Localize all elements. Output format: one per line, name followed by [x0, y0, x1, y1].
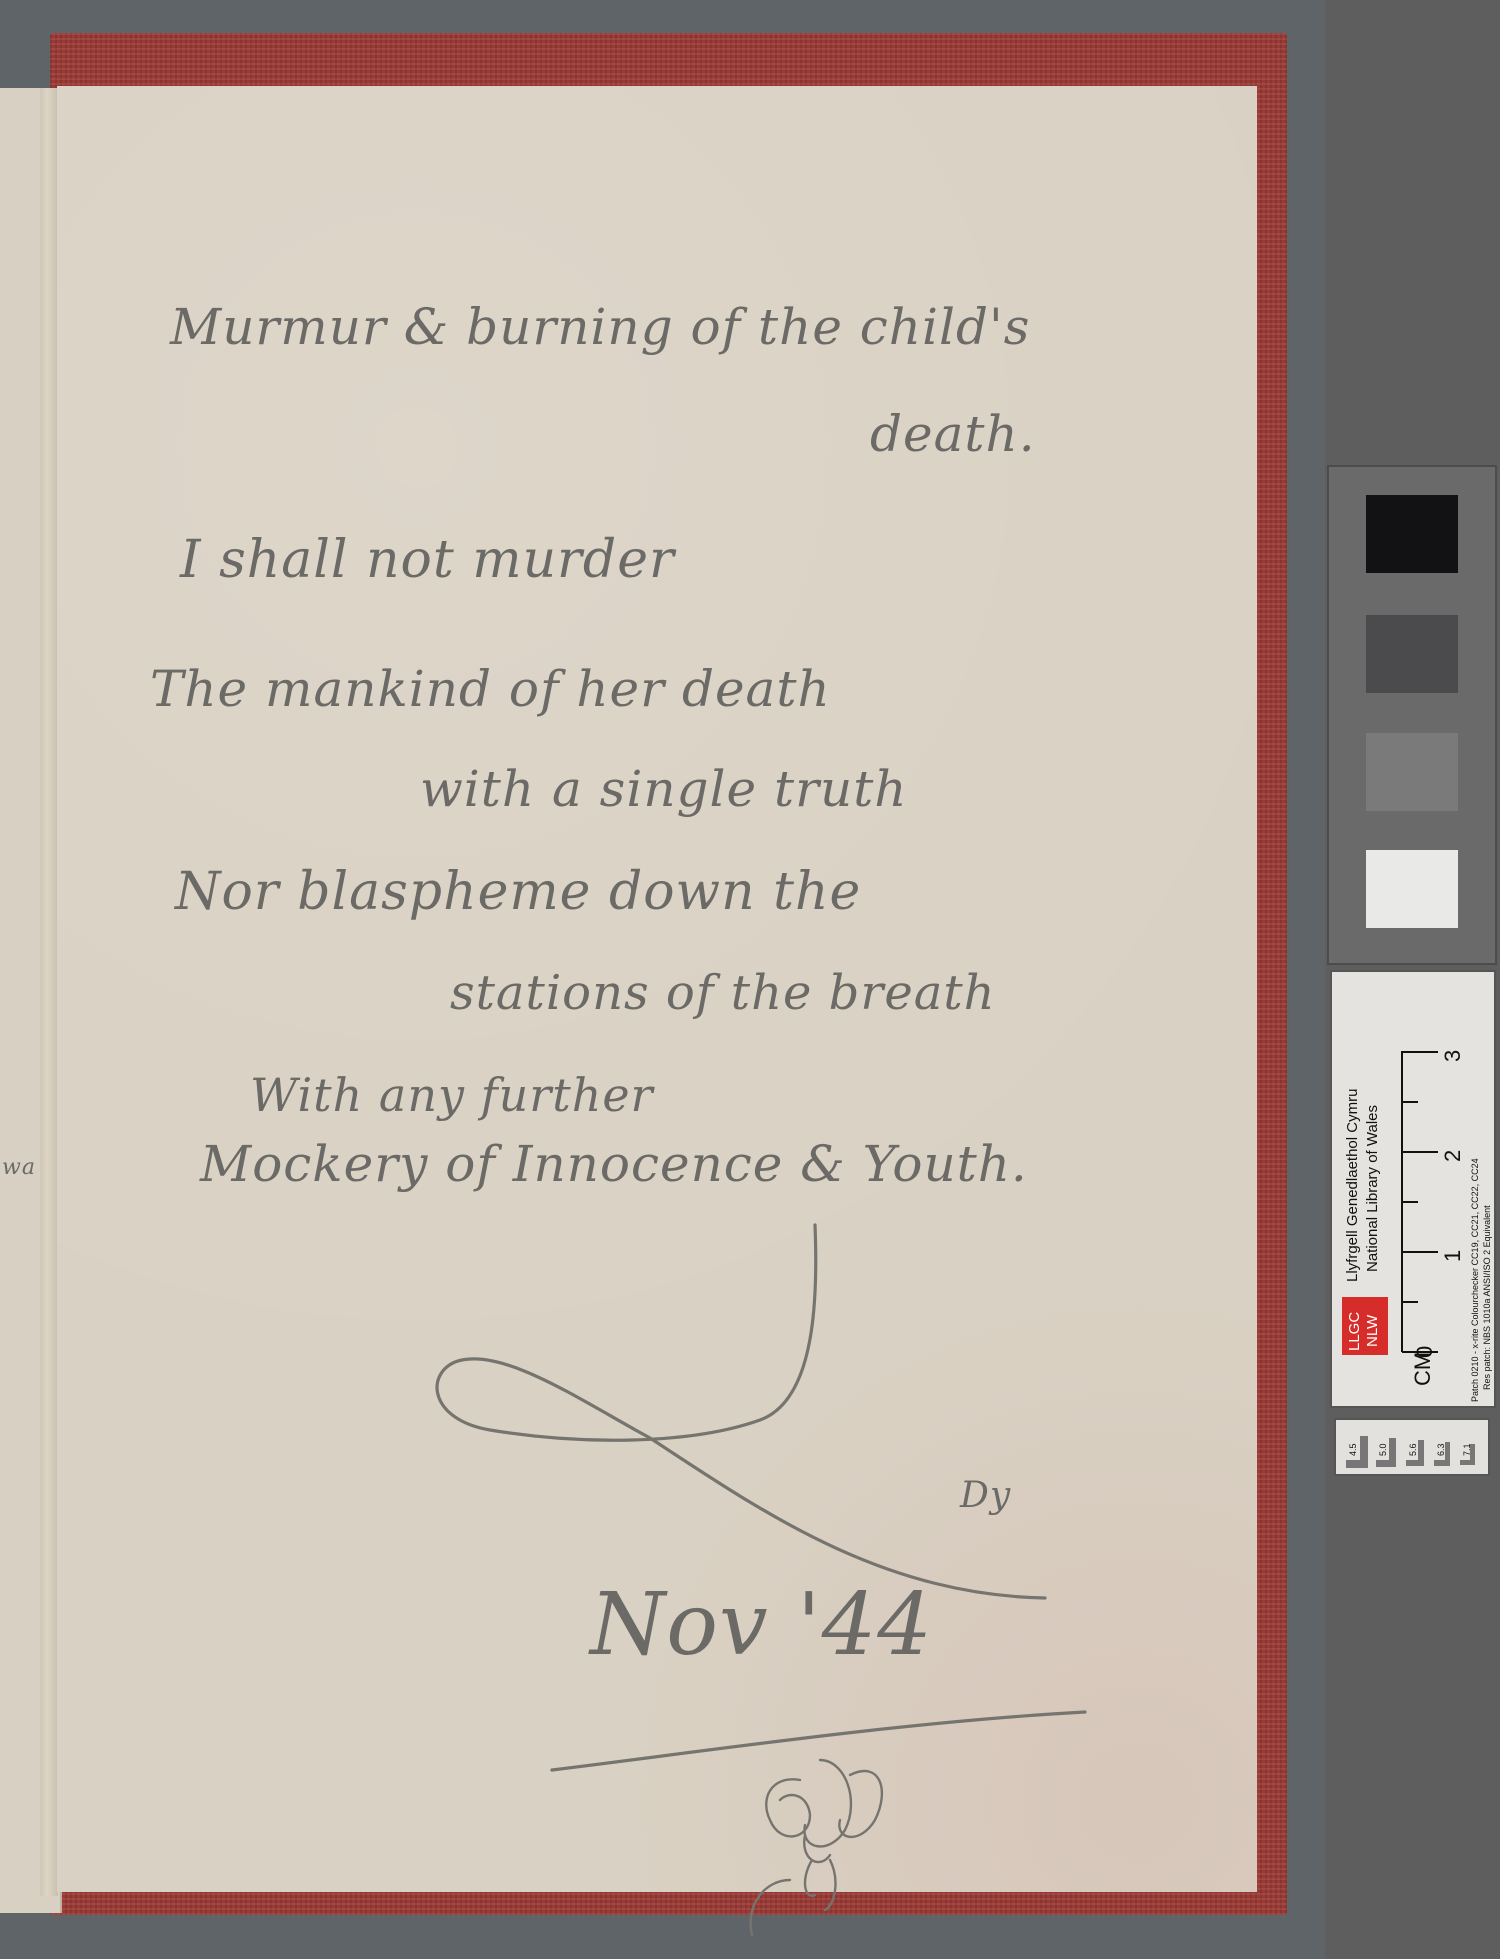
patch-white	[1366, 850, 1458, 928]
scale-tick-0: 0	[1412, 1346, 1438, 1358]
nlw-logo: LLGC NLW	[1342, 1297, 1388, 1355]
nlw-scale-card: LLGC NLW Llyfrgell Genedlaethol Cymru Na…	[1330, 970, 1496, 1408]
signature-underline	[552, 1712, 1085, 1770]
patch-mid-grey	[1366, 733, 1458, 811]
bottom-doodle	[751, 1760, 882, 1935]
patch-black	[1366, 495, 1458, 573]
res-note: Res patch: NBS 1010a ANSI/ISO 2 Equivale…	[1482, 1205, 1492, 1390]
resolution-patch-card: 4.5 5.0 5.6 6.3 7.1	[1334, 1418, 1490, 1476]
res-target-1: 4.5	[1346, 1426, 1368, 1470]
logo-text-llgc: LLGC	[1346, 1312, 1363, 1351]
patch-note: Patch 0210 - x-rite Colourchecker CC19, …	[1470, 1158, 1480, 1402]
institution-english: National Library of Wales	[1364, 1105, 1381, 1272]
scale-tick-2: 2	[1440, 1150, 1466, 1162]
pencil-flourish-drawing	[0, 0, 1500, 1959]
grey-patch-card	[1327, 465, 1497, 965]
loop-flourish	[437, 1225, 1045, 1598]
cm-ruler	[1392, 1042, 1452, 1362]
scale-tick-3: 3	[1440, 1050, 1466, 1062]
scale-tick-1: 1	[1440, 1250, 1466, 1262]
res-target-3: 5.6	[1406, 1426, 1428, 1470]
logo-text-nlw: NLW	[1364, 1315, 1381, 1347]
institution-welsh: Llyfrgell Genedlaethol Cymru	[1344, 1089, 1361, 1282]
res-target-4: 6.3	[1434, 1426, 1456, 1470]
patch-dark-grey	[1366, 615, 1458, 693]
res-target-5: 7.1	[1460, 1426, 1482, 1470]
res-target-2: 5.0	[1376, 1426, 1398, 1470]
